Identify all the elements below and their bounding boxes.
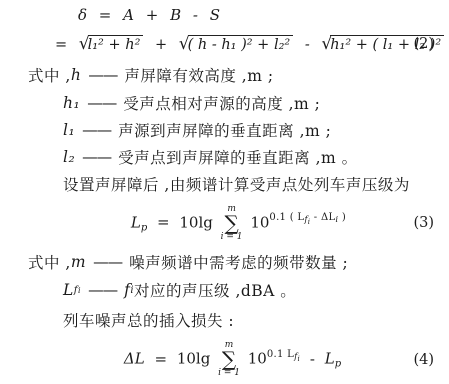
subscript-p: p	[141, 222, 147, 233]
paragraph-insertion-loss: 列车噪声总的插入损失 :	[0, 305, 449, 335]
equation-number-2: (2)	[413, 36, 434, 52]
equation-delta: δ = A + B - S	[0, 5, 449, 25]
paragraph-insertion-loss-text: 列车噪声总的插入损失 :	[63, 309, 234, 331]
plus-sign: +	[155, 37, 167, 53]
equation-number-4: (4)	[413, 352, 434, 368]
exponent-mid: - ΔL	[310, 212, 335, 223]
exponent-subsub-i: i	[298, 355, 301, 363]
radical-term-2: √( h - h₁ )² + l₂²	[179, 37, 293, 53]
equation-3-body: Lp = 10lg m∑i = 1 100.1 ( Lfi - ΔLi )	[131, 205, 346, 242]
definition-m-text: 噪声频谱中需考虑的频带数量 ;	[129, 251, 348, 273]
paragraph-barrier: 设置声屏障后 ,由频谱计算受声点处列车声压级为	[0, 170, 449, 198]
subscript-i: i	[78, 286, 81, 295]
coefficient-10lg: 10lg	[177, 350, 211, 368]
equals-sign: =	[55, 37, 67, 53]
definition-l2-text: 受声点到声屏障的垂直距离 ,m 。	[118, 146, 357, 168]
exponent-pre: 0.1 L	[267, 349, 294, 360]
equation-2: = √l₁² + h² + √( h - h₁ )² + l₂² - √h₁² …	[0, 27, 449, 61]
radical-term-1: √l₁² + h²	[79, 37, 144, 53]
minus-sign: -	[305, 37, 310, 53]
radicand-2: ( h - h₁ )² + l₂²	[188, 35, 294, 53]
equation-4: ΔL = 10lg m∑i = 1 100.1 Lfi - Lp (4)	[0, 335, 449, 384]
definition-lfi-text: 对应的声压级 ,dBA 。	[134, 279, 296, 301]
definition-m: 式中 ,m——噪声频谱中需考虑的频带数量 ;	[0, 248, 449, 275]
exponent: 0.1 ( Lfi - ΔLi )	[269, 212, 346, 223]
variable-l2: l₂	[63, 148, 75, 166]
definition-h1: h₁——受声点相对声源的高度 ,m ;	[0, 89, 449, 116]
em-dash: ——	[93, 253, 122, 271]
equals-sign: =	[154, 350, 167, 368]
equation-number-3: (3)	[413, 215, 434, 231]
equation-4-body: ΔL = 10lg m∑i = 1 100.1 Lfi - Lp	[124, 341, 341, 378]
variable-h1: h₁	[63, 94, 80, 112]
variable-m: m	[71, 253, 86, 271]
definition-lfi: Lfi——fi对应的声压级 ,dBA 。	[0, 275, 449, 305]
paragraph-barrier-text: 设置声屏障后 ,由频谱计算受声点处列车声压级为	[63, 173, 410, 195]
document-page: δ = A + B - S = √l₁² + h² + √( h - h₁ )²…	[0, 0, 449, 384]
definition-h: 式中 ,h——声屏障有效高度 ,m ;	[0, 61, 449, 89]
sigma-icon: ∑	[224, 214, 238, 233]
variable-deltaL: ΔL	[124, 350, 145, 368]
em-dash: ——	[88, 66, 117, 84]
exponent: 0.1 Lfi	[267, 349, 300, 360]
exponent-post: )	[338, 212, 346, 223]
variable-h: h	[71, 66, 81, 84]
definition-h1-text: 受声点相对声源的高度 ,m ;	[123, 92, 320, 114]
em-dash: ——	[87, 94, 116, 112]
variable-l1: l₁	[63, 121, 75, 139]
definition-l1-text: 声源到声屏障的垂直距离 ,m ;	[118, 119, 331, 141]
equation-3: Lp = 10lg m∑i = 1 100.1 ( Lfi - ΔLi ) (3…	[0, 198, 449, 248]
equals-sign: =	[157, 213, 170, 231]
em-dash: ——	[82, 148, 111, 166]
definition-l1: l₁——声源到声屏障的垂直距离 ,m ;	[0, 116, 449, 143]
summation-symbol: m∑i = 1	[218, 341, 240, 378]
equation-delta-body: δ = A + B - S	[78, 6, 220, 24]
base-10: 10	[248, 350, 267, 368]
variable-Lfi: L	[63, 281, 74, 299]
radicand-1: l₁² + h²	[88, 35, 144, 53]
base-10: 10	[250, 213, 269, 231]
summation-symbol: m∑i = 1	[221, 205, 243, 242]
em-dash: ——	[82, 121, 111, 139]
em-dash: ——	[88, 281, 117, 299]
exponent-pre: 0.1 ( L	[269, 212, 304, 223]
sum-lower-limit: i = 1	[221, 233, 243, 242]
subscript-p: p	[335, 359, 341, 370]
minus-sign: -	[310, 350, 315, 368]
definition-h-text: 声屏障有效高度 ,m ;	[124, 64, 273, 86]
definition-prefix: 式中 ,	[28, 64, 71, 86]
definition-l2: l₂——受声点到声屏障的垂直距离 ,m 。	[0, 143, 449, 170]
equation-2-body: = √l₁² + h² + √( h - h₁ )² + l₂² - √h₁² …	[50, 34, 446, 54]
variable-Lp: L	[131, 213, 141, 231]
definition-prefix: 式中 ,	[28, 251, 71, 273]
sigma-icon: ∑	[222, 350, 236, 369]
sum-lower-limit: i = 1	[218, 369, 240, 378]
coefficient-10lg: 10lg	[179, 213, 213, 231]
variable-Lp: L	[325, 350, 335, 368]
